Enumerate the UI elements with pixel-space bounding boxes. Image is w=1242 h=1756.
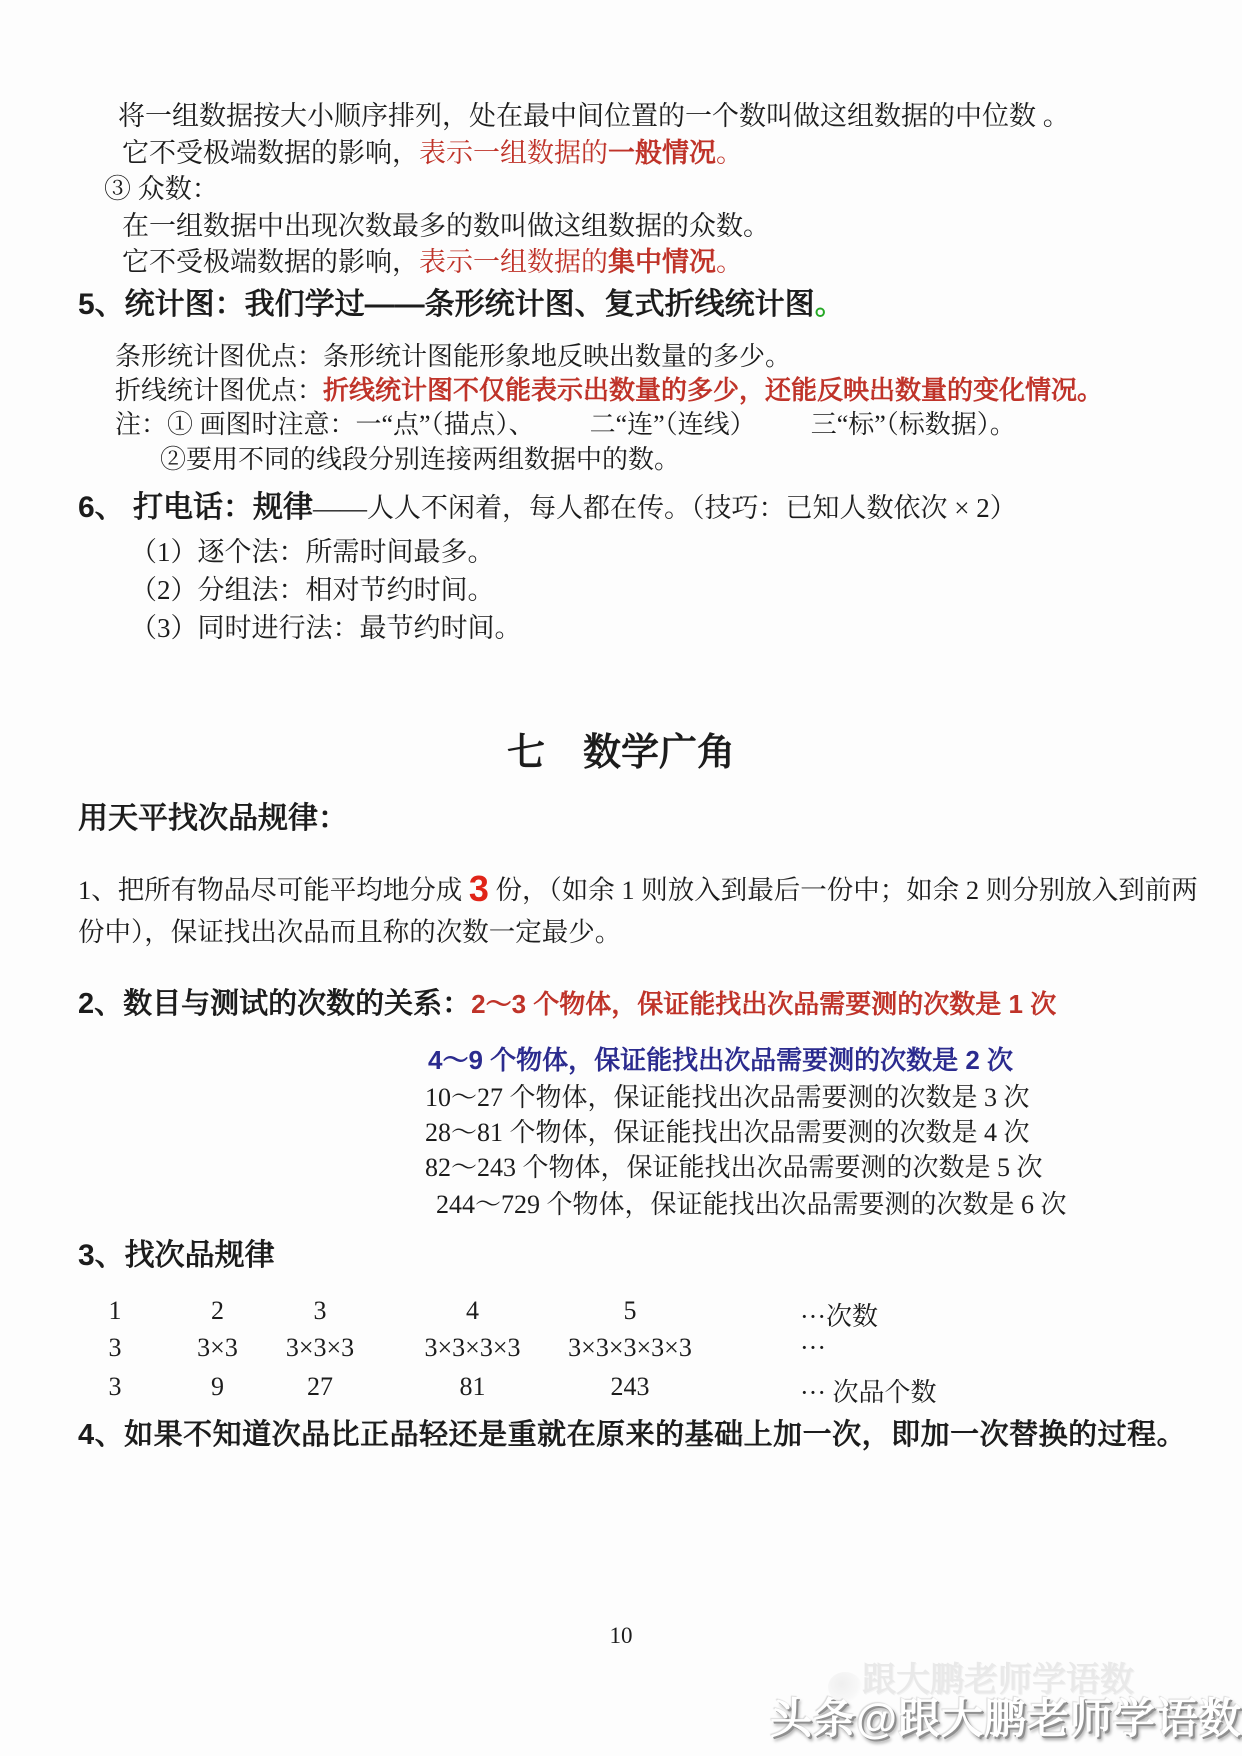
drawing-note-2: ②要用不同的线段分别连接两组数据中的数。 xyxy=(160,444,680,477)
mode-note-red-bold: 集中情况 xyxy=(608,247,716,277)
table-cell: 3×3×3×3 xyxy=(395,1333,550,1363)
rule1-line2: 份中），保证找出次品而且称的次数一定最少。 xyxy=(78,916,621,949)
table-cell: 4 xyxy=(395,1296,550,1326)
mode-note: 它不受极端数据的影响，表示一组数据的集中情况。 xyxy=(122,246,743,280)
phone-method-3: （3）同时进行法：最节约时间。 xyxy=(130,612,522,646)
rule1-prefix: 1、把所有物品尽可能平均地分成 xyxy=(78,875,469,905)
table-cell: 1 xyxy=(85,1296,145,1326)
median-note-red: 表示一组数据的 xyxy=(419,138,608,168)
rule2-line-4: 28～81 个物体，保证能找出次品需要测的次数是 4 次 xyxy=(425,1117,1030,1150)
rule2-red-line: 2～3 个物体，保证能找出次品需要测的次数是 1 次 xyxy=(471,989,1056,1019)
drawing-note-1: 注：① 画图时注意：一“点”（描点）、二“连”（连线）三“标”（标数据）。 xyxy=(115,409,1016,442)
rule1-number-three: 3 xyxy=(469,868,489,909)
defective-table-row-counts: 3 9 27 81 243 ··· 次品个数 xyxy=(0,1372,1242,1406)
median-note-red-bold: 一般情况 xyxy=(608,138,716,168)
rule2-label: 2、数目与测试的次数的关系： xyxy=(78,988,471,1020)
table-cell: 3×3×3×3×3 xyxy=(540,1333,720,1363)
rule1-line1: 1、把所有物品尽可能平均地分成 3 份，（如余 1 则放入到最后一份中；如余 2… xyxy=(78,866,1198,911)
rule2-blue-line: 4～9 个物体，保证能找出次品需要测的次数是 2 次 xyxy=(428,1044,1013,1077)
median-note-black: 它不受极端数据的影响， xyxy=(122,138,419,168)
mode-note-period: 。 xyxy=(716,247,743,277)
table-cell: 5 xyxy=(540,1296,720,1326)
section6-heading: 6、 打电话：规律——人人不闲着，每人都在传。（技巧：已知人数依次 × 2） xyxy=(78,489,1017,527)
median-definition: 将一组数据按大小顺序排列，处在最中间位置的一个数叫做这组数据的中位数 。 xyxy=(118,100,1070,134)
section5-heading: 5、统计图：我们学过——条形统计图、复式折线统计图。 xyxy=(78,286,845,324)
table-cell: 3 xyxy=(85,1372,145,1402)
rule2-line-6: 244～729 个物体，保证能找出次品需要测的次数是 6 次 xyxy=(436,1189,1067,1222)
mode-note-red: 表示一组数据的 xyxy=(419,247,608,277)
line-chart-advantage-label: 折线统计图优点： xyxy=(115,376,323,405)
defective-table-row-expressions: 3 3×3 3×3×3 3×3×3×3 3×3×3×3×3 ··· xyxy=(0,1333,1242,1367)
rule4-line: 4、如果不知道次品比正品轻还是重就在原来的基础上加一次，即加一次替换的过程。 xyxy=(78,1417,1186,1453)
balance-rule-subtitle: 用天平找次品规律： xyxy=(78,800,348,838)
table-cell: 3×3×3 xyxy=(255,1333,385,1363)
mode-label: ③ 众数： xyxy=(104,173,219,207)
table-cell: ··· xyxy=(800,1333,1160,1363)
phone-method-1: （1）逐个法：所需时间最多。 xyxy=(130,536,495,570)
table-cell: ··· 次品个数 xyxy=(800,1372,1160,1409)
rule2-line-3: 10～27 个物体，保证能找出次品需要测的次数是 3 次 xyxy=(425,1082,1030,1115)
table-cell: 243 xyxy=(540,1372,720,1402)
table-cell: 3 xyxy=(85,1333,145,1363)
rule1-suffix: 份，（如余 1 则放入到最后一份中；如余 2 则分别放入到前两 xyxy=(489,875,1198,905)
table-cell: ···次数 xyxy=(800,1296,1160,1333)
drawing-note-1b: 二“连”（连线） xyxy=(590,410,756,439)
watermark-text: 头条@跟大鹏老师学语数 xyxy=(770,1686,1242,1746)
drawing-note-1a: 注：① 画图时注意：一“点”（描点）、 xyxy=(115,410,535,439)
median-note: 它不受极端数据的影响，表示一组数据的一般情况。 xyxy=(122,137,743,171)
bar-chart-advantage: 条形统计图优点：条形统计图能形象地反映出数量的多少。 xyxy=(115,341,791,374)
table-cell: 27 xyxy=(255,1372,385,1402)
line-chart-advantage-red: 折线统计图不仅能表示出数量的多少，还能反映出数量的变化情况。 xyxy=(323,376,1103,405)
section6-heading-rest: ——人人不闲着，每人都在传。（技巧：已知人数依次 × 2） xyxy=(313,493,1017,523)
table-cell: 81 xyxy=(395,1372,550,1402)
line-chart-advantage: 折线统计图优点：折线统计图不仅能表示出数量的多少，还能反映出数量的变化情况。 xyxy=(115,375,1103,408)
section5-heading-text: 5、统计图：我们学过——条形统计图、复式折线统计图 xyxy=(78,288,815,321)
rule2-line-5: 82～243 个物体，保证能找出次品需要测的次数是 5 次 xyxy=(425,1152,1043,1185)
rule2-heading: 2、数目与测试的次数的关系：2～3 个物体，保证能找出次品需要测的次数是 1 次 xyxy=(78,986,1056,1022)
median-note-period: 。 xyxy=(716,138,743,168)
mode-definition: 在一组数据中出现次数最多的数叫做这组数据的众数。 xyxy=(122,210,770,244)
document-page: 将一组数据按大小顺序排列，处在最中间位置的一个数叫做这组数据的中位数 。 它不受… xyxy=(0,0,1242,1756)
section5-heading-green-period: 。 xyxy=(815,288,845,321)
mode-note-black: 它不受极端数据的影响， xyxy=(122,247,419,277)
phone-method-2: （2）分组法：相对节约时间。 xyxy=(130,574,495,608)
drawing-note-1c: 三“标”（标数据）。 xyxy=(811,410,1016,439)
chapter-title: 七 数学广角 xyxy=(0,730,1242,778)
section6-heading-bold: 6、 打电话：规律 xyxy=(78,491,313,524)
rule3-heading: 3、找次品规律 xyxy=(78,1237,275,1275)
page-number: 10 xyxy=(0,1622,1242,1651)
defective-table-row-times: 1 2 3 4 5 ···次数 xyxy=(0,1296,1242,1330)
table-cell: 3 xyxy=(255,1296,385,1326)
